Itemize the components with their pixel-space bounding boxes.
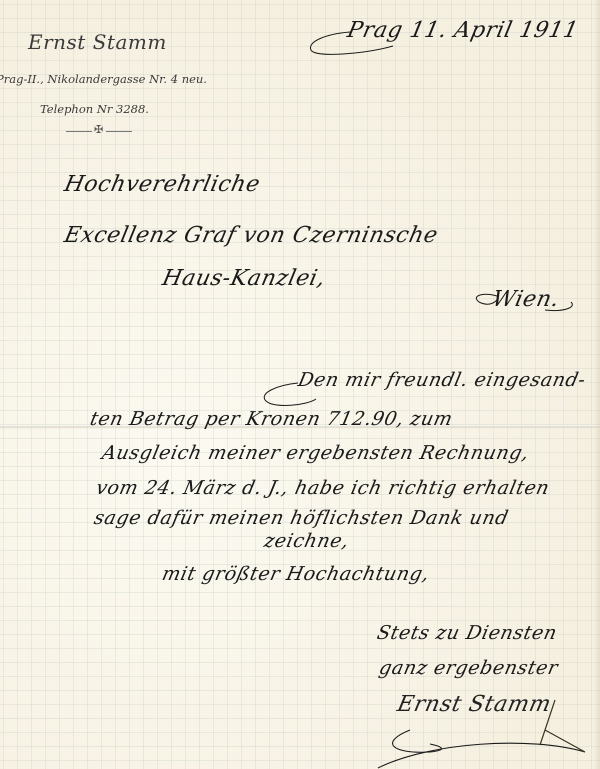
- recipient-line-1: Hochverehrliche: [62, 172, 263, 197]
- ornament-rule-right: [106, 131, 132, 132]
- letter-date: Prag 11. April 1911: [345, 18, 581, 43]
- letterhead-address: Prag-II., Nikolandergasse Nr. 4 neu.: [0, 72, 207, 86]
- body-line-5: sage dafür meinen höflichsten Dank und: [92, 507, 511, 529]
- recipient-line-2: Excellenz Graf von Czerninsche: [62, 223, 440, 248]
- body-line-7: mit größter Hochachtung,: [160, 563, 432, 585]
- letterhead-phone: Telephon Nr 3288.: [40, 102, 149, 116]
- letterhead-ornament: ✠: [66, 126, 132, 136]
- body-line-4: vom 24. März d. J., habe ich richtig erh…: [94, 477, 552, 499]
- body-line-2: ten Betrag per Kronen 712.90, zum: [88, 408, 455, 430]
- body-line-3: Ausgleich meiner ergebensten Rechnung,: [100, 442, 531, 464]
- body-line-6: zeichne,: [262, 530, 351, 552]
- body-line-1: Den mir freundl. eingesand-: [296, 369, 588, 391]
- closing-line-1: Stets zu Diensten: [375, 622, 559, 644]
- recipient-line-3: Haus-Kanzlei,: [160, 266, 328, 291]
- ornament-cross-icon: ✠: [94, 123, 103, 136]
- closing-line-2: ganz ergebenster: [377, 657, 560, 679]
- letterhead-name: Ernst Stamm: [28, 30, 167, 54]
- paper-edge: [594, 0, 600, 769]
- signature: Ernst Stamm: [395, 692, 554, 717]
- recipient-city: Wien.: [490, 287, 562, 312]
- ornament-rule-left: [66, 131, 92, 132]
